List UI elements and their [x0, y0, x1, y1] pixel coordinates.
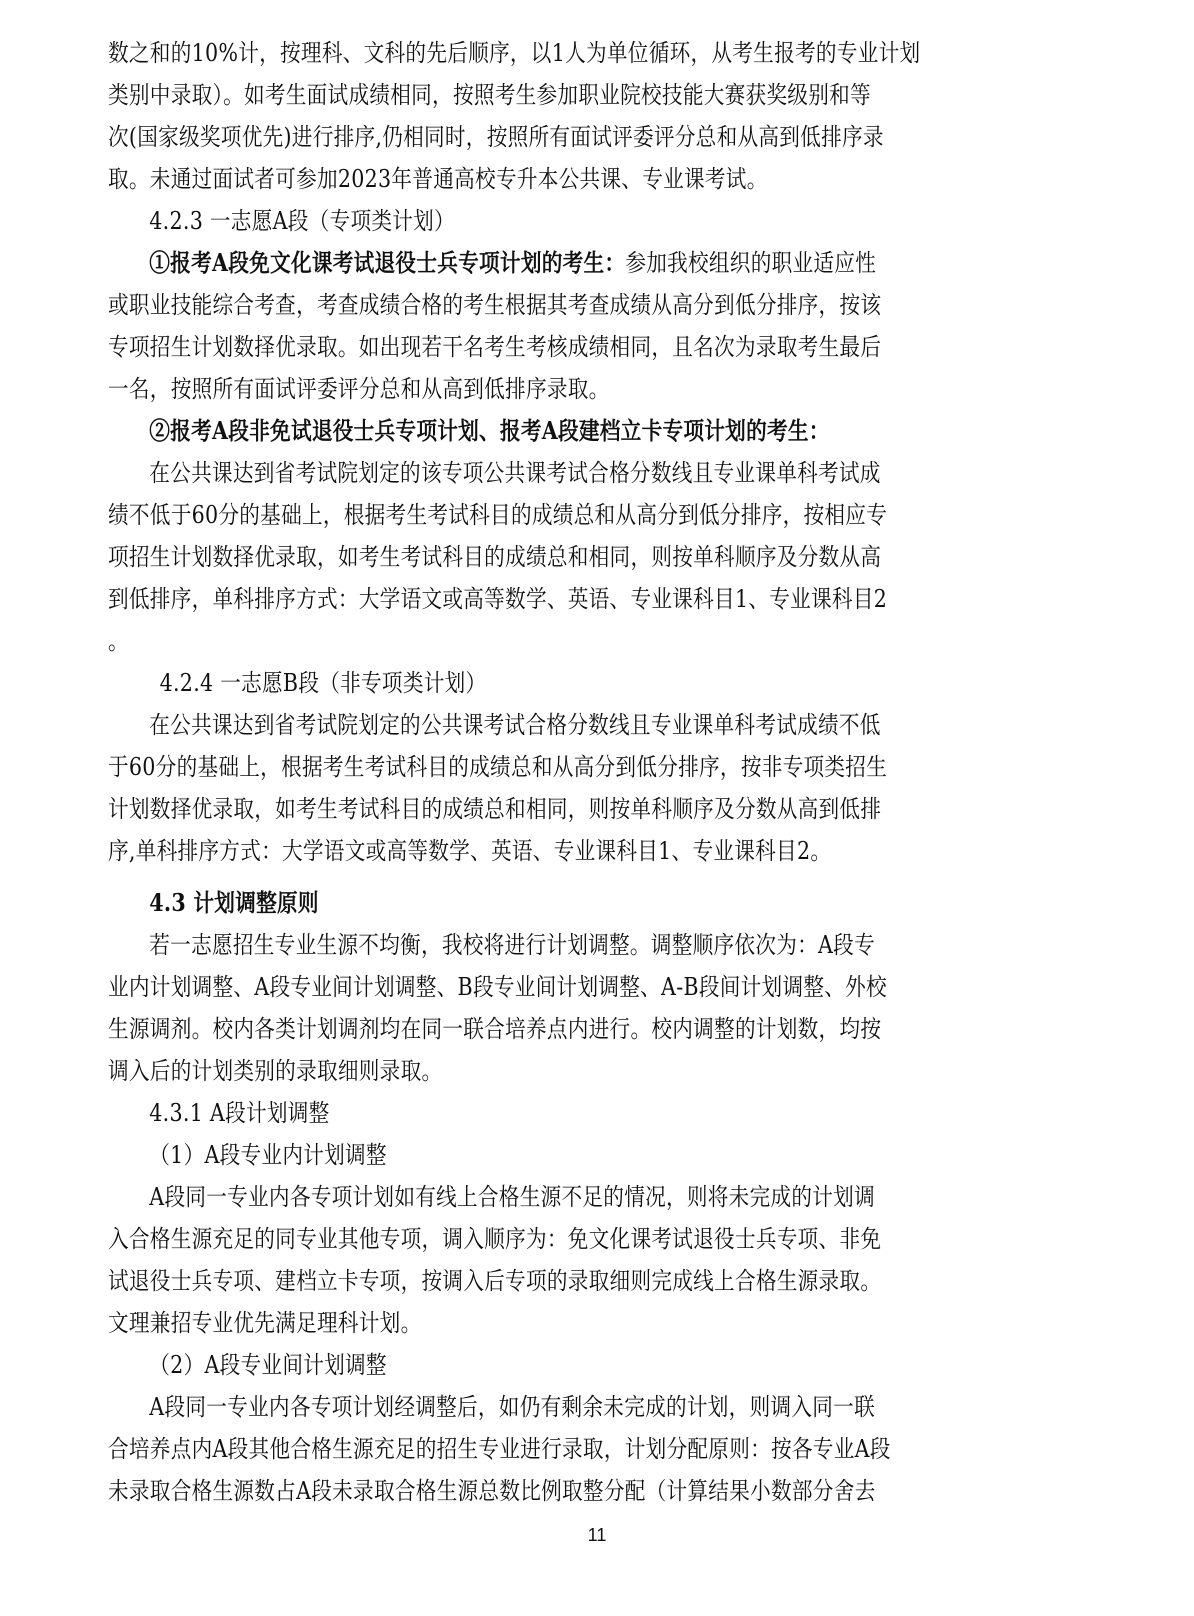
- subsection-heading: （2）A段专业间计划调整: [108, 1344, 951, 1386]
- section-4-2-4: 4.2.4 一志愿B段（非专项类计划） 在公共课达到省考试院划定的公共课考试合格…: [108, 662, 1088, 872]
- text-line: 合培养点内A段其他合格生源充足的招生专业进行录取，计划分配原则：按各专业A段: [108, 1428, 951, 1470]
- section-heading: 4.3.1 A段计划调整: [108, 1092, 951, 1134]
- item-1-first-line: ①报考A段免文化课考试退役士兵专项计划的考生：参加我校组织的职业适应性: [108, 242, 951, 284]
- text-line: 调入后的计划类别的录取细则录取。: [108, 1050, 951, 1092]
- text-line: 专项招生计划数择优录取。如出现若干名考生考核成绩相同，且名次为录取考生最后: [108, 326, 951, 368]
- text-line: 序,单科排序方式：大学语文或高等数学、英语、专业课科目1、专业课科目2。: [108, 830, 951, 872]
- section-4-3-1: 4.3.1 A段计划调整 （1）A段专业内计划调整 A段同一专业内各专项计划如有…: [108, 1092, 1088, 1512]
- text-line: A段同一专业内各专项计划如有线上合格生源不足的情况，则将未完成的计划调: [108, 1176, 951, 1218]
- document-page: 数之和的10%计，按理科、文科的先后顺序，以1人为单位循环，从考生报考的专业计划…: [108, 32, 1088, 1512]
- text-line: 在公共课达到省考试院划定的公共课考试合格分数线且专业课单科考试成绩不低: [108, 704, 951, 746]
- text-line: 类别中录取）。如考生面试成绩相同，按照考生参加职业院校技能大赛获奖级别和等: [108, 74, 951, 116]
- text-line: 未录取合格生源数占A段未录取合格生源总数比例取整分配（计算结果小数部分舍去: [108, 1470, 951, 1512]
- text-line: 项招生计划数择优录取，如考生考试科目的成绩总和相同，则按单科顺序及分数从高: [108, 536, 951, 578]
- text-line: 或职业技能综合考查，考查成绩合格的考生根据其考查成绩从高分到低分排序，按该: [108, 284, 951, 326]
- text-line: 取。未通过面试者可参加2023年普通高校专升本公共课、专业课考试。: [108, 158, 951, 200]
- text-line: 文理兼招专业优先满足理科计划。: [108, 1302, 951, 1344]
- text-line: 到低排序，单科排序方式：大学语文或高等数学、英语、专业课科目1、专业课科目2: [108, 578, 951, 620]
- text-line: 数之和的10%计，按理科、文科的先后顺序，以1人为单位循环，从考生报考的专业计划: [108, 32, 951, 74]
- text-line: 生源调剂。校内各类计划调剂均在同一联合培养点内进行。校内调整的计划数，均按: [108, 1008, 951, 1050]
- item-1-text: 参加我校组织的职业适应性: [625, 249, 876, 277]
- text-line: 绩不低于60分的基础上，根据考生考试科目的成绩总和从高分到低分排序，按相应专: [108, 494, 951, 536]
- text-line: 次(国家级奖项优先)进行排序,仍相同时，按照所有面试评委评分总和从高到低排序录: [108, 116, 951, 158]
- text-line: 入合格生源充足的同专业其他专项，调入顺序为：免文化课考试退役士兵专项、非免: [108, 1218, 951, 1260]
- page-number: 11: [0, 1525, 1194, 1546]
- paragraph-intro: 数之和的10%计，按理科、文科的先后顺序，以1人为单位循环，从考生报考的专业计划…: [108, 32, 1088, 200]
- section-heading: 4.2.3 一志愿A段（专项类计划）: [108, 200, 951, 242]
- text-line: A段同一专业内各专项计划经调整后，如仍有剩余未完成的计划，则调入同一联: [108, 1386, 951, 1428]
- text-line: 。: [108, 620, 951, 662]
- text-line: 在公共课达到省考试院划定的该专项公共课考试合格分数线且专业课单科考试成: [108, 452, 951, 494]
- section-heading: 4.3 计划调整原则: [108, 882, 951, 924]
- subsection-heading: （1）A段专业内计划调整: [108, 1134, 951, 1176]
- text-line: 若一志愿招生专业生源不均衡，我校将进行计划调整。调整顺序依次为：A段专: [108, 924, 951, 966]
- text-line: 于60分的基础上，根据考生考试科目的成绩总和从高分到低分排序，按非专项类招生: [108, 746, 951, 788]
- item-2-label: ②报考A段非免试退役士兵专项计划、报考A段建档立卡专项计划的考生：: [108, 410, 951, 452]
- text-line: 一名，按照所有面试评委评分总和从高到低排序录取。: [108, 368, 951, 410]
- spacer: [108, 872, 1088, 882]
- section-4-3: 4.3 计划调整原则 若一志愿招生专业生源不均衡，我校将进行计划调整。调整顺序依…: [108, 882, 1088, 1092]
- text-line: 业内计划调整、A段专业间计划调整、B段专业间计划调整、A-B段间计划调整、外校: [108, 966, 951, 1008]
- text-line: 试退役士兵专项、建档立卡专项，按调入后专项的录取细则完成线上合格生源录取。: [108, 1260, 951, 1302]
- section-heading: 4.2.4 一志愿B段（非专项类计划）: [108, 662, 951, 704]
- item-1-label: ①报考A段免文化课考试退役士兵专项计划的考生：: [149, 248, 625, 277]
- text-line: 计划数择优录取，如考生考试科目的成绩总和相同，则按单科顺序及分数从高到低排: [108, 788, 951, 830]
- section-4-2-3: 4.2.3 一志愿A段（专项类计划） ①报考A段免文化课考试退役士兵专项计划的考…: [108, 200, 1088, 662]
